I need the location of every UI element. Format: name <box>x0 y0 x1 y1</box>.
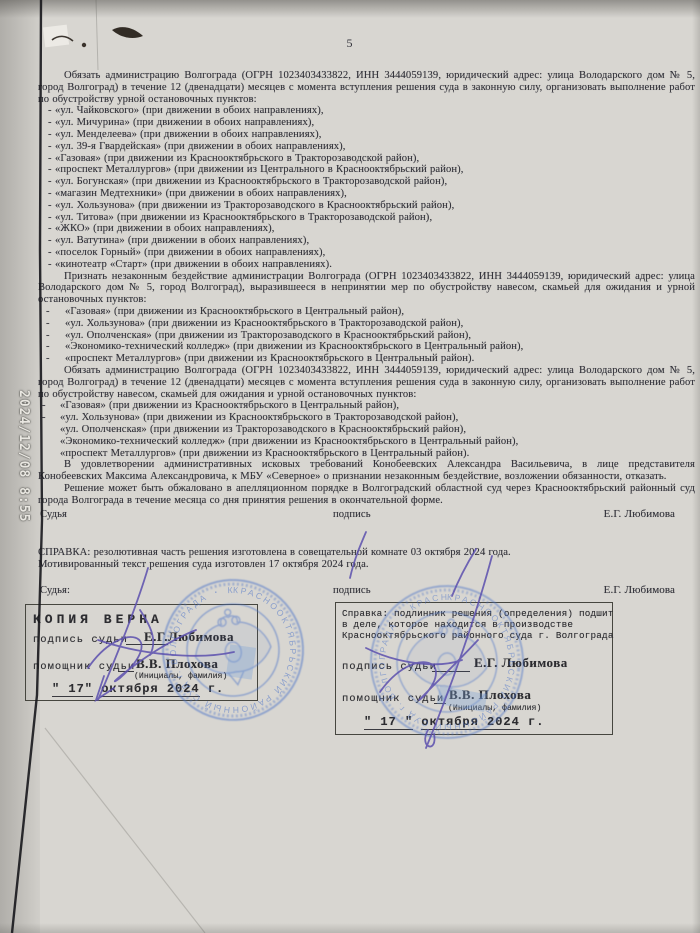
list-item: -«ЖКО» (при движении в обоих направления… <box>38 223 695 235</box>
list-item: «проспект Металлургов» (при движении из … <box>38 448 695 460</box>
paragraph-refuse-claims: В удовлетворении административных исковы… <box>38 459 695 483</box>
date-suffix: г. <box>208 682 224 696</box>
date-suffix: г. <box>528 715 544 729</box>
date-day: " 17 " <box>364 715 413 730</box>
list-item: -«ул. Хользунова» (при движении из Тракт… <box>38 200 695 212</box>
camera-timestamp: 2024/12/08 8:55 <box>16 390 31 522</box>
list-item: -«ул. Хользунова» (при движении из Красн… <box>38 412 695 424</box>
list-item: -«проспект Металлургов» (при движении из… <box>38 353 695 365</box>
judge-name: Е.Г. Любимова <box>604 509 675 521</box>
list-item: -«ул. Титова» (при движении из Красноокт… <box>38 212 695 224</box>
scan-shadow-bottom <box>0 923 700 933</box>
signature-placeholder: подпись <box>333 585 371 597</box>
assistant-sign-label: помощник судьи <box>342 693 444 705</box>
ref-line-3: Краснооктябрьского районного суда г. Вол… <box>342 630 614 641</box>
judge-name: Е.Г.Любимова <box>144 629 234 645</box>
spravka-block: СПРАВКА: резолютивная часть решения изго… <box>38 547 695 571</box>
list-item: -«проспект Металлургов» (при движении из… <box>38 164 695 176</box>
initials-note: (Инициалы, фамилия) <box>448 704 541 713</box>
judge-name: Е.Г. Любимова <box>604 585 675 597</box>
judge-label: Судья <box>40 509 67 521</box>
original-filed-stamp-box: Справка: подлинник решения (определения)… <box>335 602 613 735</box>
list-item: -«ул. Богунская» (при движении из Красно… <box>38 176 695 188</box>
list-item: -«ул. Ватутина» (при движении в обоих на… <box>38 235 695 247</box>
page-number: 5 <box>0 36 700 51</box>
stop-list-shelter-2: -«Газовая» (при движении из Краснооктябр… <box>38 400 695 459</box>
list-item: -«Газовая» (при движении из Краснооктябр… <box>38 400 695 412</box>
list-item: -«ул. Чайковского» (при движении в обоих… <box>38 105 695 117</box>
judge-signature-row-2: Судья: подпись Е.Г. Любимова <box>38 585 695 597</box>
judge-sign-label: подпись судьи <box>33 634 128 646</box>
stop-list-shelter: -«Газовая» (при движении из Краснооктябр… <box>38 306 695 365</box>
paragraph-obligate-urns: Обязать администрацию Волгограда (ОГРН 1… <box>38 70 695 105</box>
stop-list-urns: -«ул. Чайковского» (при движении в обоих… <box>38 105 695 270</box>
judge-label: Судья: <box>40 585 70 597</box>
paragraph-appeal: Решение может быть обжаловано в апелляци… <box>38 483 695 507</box>
list-item: -«поселок Горный» (при движении в обоих … <box>38 247 695 259</box>
judge-name: Е.Г. Любимова <box>474 655 568 671</box>
list-item: -«кинотеатр «Старт» (при движении в обои… <box>38 259 695 271</box>
signature-line <box>118 662 134 672</box>
assistant-name: В.В. Плохова <box>136 656 218 672</box>
list-item: «Экономико-технический колледж» (при дви… <box>38 436 695 448</box>
list-item: -«Газовая» (при движении из Краснооктябр… <box>38 153 695 165</box>
ref-line-2: в деле, которое находится в производстве <box>342 619 573 630</box>
signature-line <box>434 694 446 704</box>
date-month-year: октября 2024 <box>101 682 199 697</box>
date-day: " 17" <box>52 682 93 697</box>
copy-verna-title: КОПИЯ ВЕРНА <box>33 612 163 627</box>
judge-signature-row-1: Судья подпись Е.Г. Любимова <box>38 509 695 521</box>
scan-shadow-top <box>0 0 700 18</box>
list-item: -«магазин Медтехники» (при движении в об… <box>38 188 695 200</box>
date-line: " 17" октября 2024 г. <box>52 682 224 696</box>
paragraph-declare-inaction: Признать незаконным бездействие админист… <box>38 271 695 306</box>
list-item: -«ул. 39-я Гвардейская» (при движении в … <box>38 141 695 153</box>
assistant-name: В.В. Плохова <box>449 687 531 703</box>
scanned-court-decision-page: 5 2024/12/08 8:55 Обязать администрацию … <box>0 0 700 933</box>
copy-verna-stamp-box: КОПИЯ ВЕРНА подпись судьи Е.Г.Любимова п… <box>25 604 258 701</box>
signature-line <box>432 662 470 672</box>
ref-line-1: Справка: подлинник решения (определения)… <box>342 608 614 619</box>
initials-note: (Инициалы, фамилия) <box>134 672 227 681</box>
judge-sign-label: подпись судьи <box>342 661 437 673</box>
date-month-year: октября 2024 <box>421 715 519 730</box>
list-item: -«Газовая» (при движении из Краснооктябр… <box>38 306 695 318</box>
list-item: -«ул. Хользунова» (при движении из Красн… <box>38 318 695 330</box>
list-item: -«Экономико-технический колледж» (при дв… <box>38 341 695 353</box>
decision-text: Обязать администрацию Волгограда (ОГРН 1… <box>38 70 695 597</box>
list-item: «ул. Ополченская» (при движении из Тракт… <box>38 424 695 436</box>
list-item: -«ул. Менделеева» (при движении в обоих … <box>38 129 695 141</box>
spravka-line-1: СПРАВКА: резолютивная часть решения изго… <box>38 547 695 559</box>
date-line: " 17 " октября 2024 г. <box>364 715 544 729</box>
paragraph-obligate-shelter: Обязать администрацию Волгограда (ОГРН 1… <box>38 365 695 400</box>
signature-placeholder: подпись <box>333 509 371 521</box>
spravka-line-2: Мотивированный текст решения суда изгото… <box>38 559 695 571</box>
fold-crease-bottom <box>45 728 205 933</box>
list-item: -«ул. Ополченская» (при движении из Трак… <box>38 330 695 342</box>
list-item: -«ул. Мичурина» (при движении в обоих на… <box>38 117 695 129</box>
